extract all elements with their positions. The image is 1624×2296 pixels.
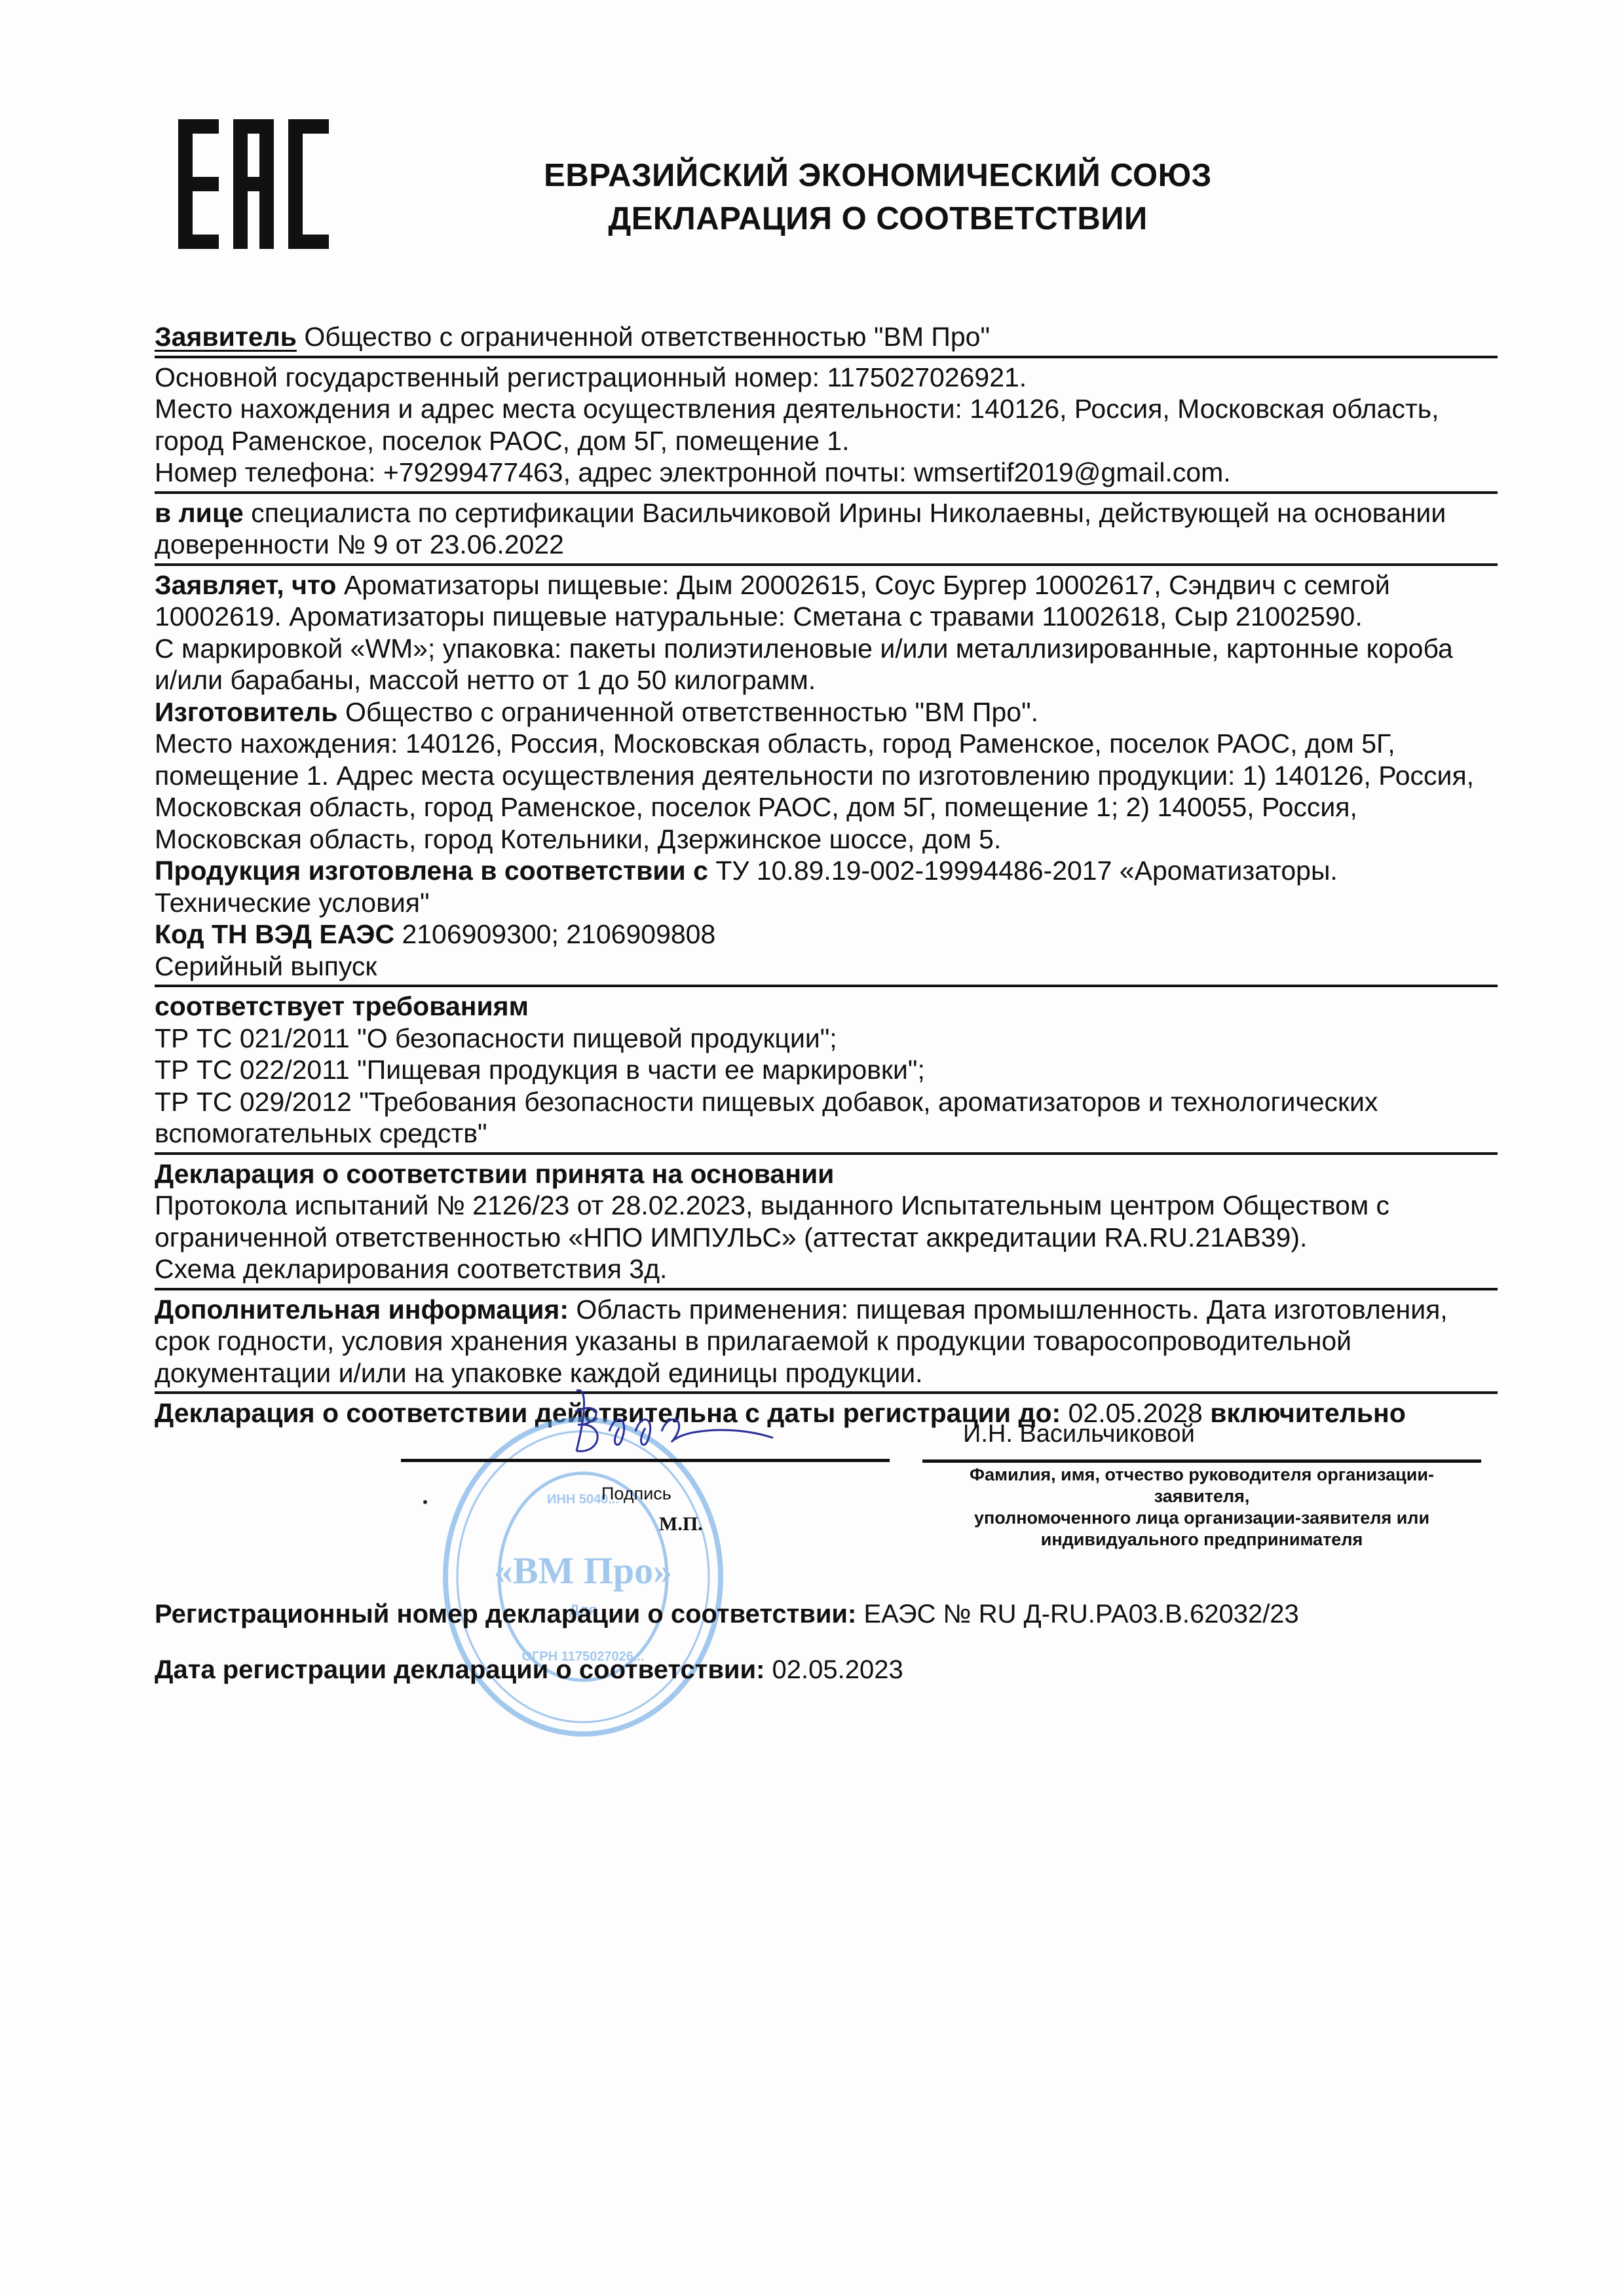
registration-date-label: Дата регистрации декларации о соответств… [155, 1655, 765, 1684]
signatory-caption: Фамилия, имя, отчество руководителя орга… [922, 1464, 1481, 1551]
manufacturer-address-1: Место нахождения: 140126, Россия, Москов… [155, 728, 1498, 760]
applicant-label: Заявитель [155, 322, 297, 352]
document-header: ЕВРАЗИЙСКИЙ ЭКОНОМИЧЕСКИЙ СОЮЗ ДЕКЛАРАЦИ… [518, 154, 1238, 240]
registration-number-label: Регистрационный номер декларации о соотв… [155, 1600, 856, 1628]
signature-caption: Подпись [601, 1484, 671, 1504]
basis-section: Декларация о соответствии принята на осн… [155, 1158, 1498, 1290]
applicant-contacts: Номер телефона: +79299477463, адрес элек… [155, 457, 1498, 489]
declares-text-2: 10002619. Ароматизаторы пищевые натураль… [155, 601, 1498, 633]
represented-by-label: в лице [155, 498, 244, 528]
scan-speck [423, 1500, 427, 1504]
power-of-attorney: доверенности № 9 от 23.06.2022 [155, 529, 1498, 561]
caption-line-1: Фамилия, имя, отчество руководителя орга… [922, 1464, 1481, 1507]
produced-per-label: Продукция изготовлена в соответствии с [155, 856, 708, 886]
requirement-item: ТР ТС 029/2012 "Требования безопасности … [155, 1086, 1498, 1118]
basis-scheme: Схема декларирования соответствия 3д. [155, 1253, 1498, 1285]
requirement-item: ТР ТС 021/2011 "О безопасности пищевой п… [155, 1023, 1498, 1055]
declaration-page: ЕВРАЗИЙСКИЙ ЭКОНОМИЧЕСКИЙ СОЮЗ ДЕКЛАРАЦИ… [0, 0, 1624, 2296]
represented-by-section: в лице специалиста по сертификации Васил… [155, 497, 1498, 566]
declaration-body: Заявитель Общество с ограниченной ответс… [155, 321, 1498, 1429]
manufacturer-address-2: помещение 1. Адрес места осуществления д… [155, 760, 1498, 792]
registration-number-value: ЕАЭС № RU Д-RU.РА03.В.62032/23 [856, 1600, 1298, 1628]
represented-by-text: специалиста по сертификации Васильчиково… [244, 498, 1446, 528]
manufacturer-label: Изготовитель [155, 697, 338, 727]
declares-text-4: и/или барабаны, массой нетто от 1 до 50 … [155, 664, 1498, 696]
declares-text-3: С маркировкой «WM»; упаковка: пакеты пол… [155, 633, 1498, 665]
declares-section: Заявляет, что Ароматизаторы пищевые: Дым… [155, 569, 1498, 696]
tnved-value: 2106909300; 2106909808 [394, 919, 715, 949]
declares-text-1: Ароматизаторы пищевые: Дым 20002615, Соу… [336, 570, 1389, 600]
requirement-item: вспомогательных средств" [155, 1118, 1498, 1150]
series-text: Серийный выпуск [155, 950, 1498, 983]
declares-label: Заявляет, что [155, 570, 336, 600]
tnved-row: Код ТН ВЭД ЕАЭС 2106909300; 2106909808 [155, 918, 1498, 950]
validity-row: Декларация о соответствии действительна … [155, 1397, 1498, 1429]
additional-info-text-2: срок годности, условия хранения указаны … [155, 1325, 1498, 1357]
additional-info-text-1: Область применения: пищевая промышленнос… [569, 1294, 1448, 1325]
svg-text:«ВМ Про»: «ВМ Про» [494, 1549, 672, 1592]
basis-protocol-2: ограниченной ответственностью «НПО ИМПУЛ… [155, 1222, 1498, 1254]
signatory-name: И.Н. Васильчиковой [963, 1420, 1195, 1448]
produced-per-standard: ТУ 10.89.19-002-19994486-2017 «Ароматиза… [708, 856, 1338, 886]
manufacturer-name: Общество с ограниченной ответственностью… [338, 697, 1038, 727]
applicant-address-2: город Раменское, поселок РАОС, дом 5Г, п… [155, 425, 1498, 457]
name-line [922, 1459, 1481, 1463]
series-row: Серийный выпуск [155, 950, 1498, 988]
declaration-title: ДЕКЛАРАЦИЯ О СООТВЕТСТВИИ [518, 197, 1238, 240]
manufacturer-section: Изготовитель Общество с ограниченной отв… [155, 696, 1498, 856]
signature-line [401, 1459, 890, 1462]
applicant-details: Основной государственный регистрационный… [155, 362, 1498, 494]
applicant-ogrn: Основной государственный регистрационный… [155, 362, 1498, 394]
caption-line-3: индивидуального предпринимателя [922, 1529, 1481, 1551]
applicant-section: Заявитель Общество с ограниченной ответс… [155, 321, 1498, 358]
tnved-label: Код ТН ВЭД ЕАЭС [155, 919, 394, 949]
registration-number-row: Регистрационный номер декларации о соотв… [155, 1600, 1299, 1629]
requirement-item: ТР ТС 022/2011 "Пищевая продукция в част… [155, 1054, 1498, 1086]
validity-suffix: включительно [1203, 1398, 1406, 1428]
caption-line-2: уполномоченного лица организации-заявите… [922, 1507, 1481, 1529]
manufacturer-address-4: Московская область, город Котельники, Дз… [155, 823, 1498, 856]
basis-protocol-1: Протокола испытаний № 2126/23 от 28.02.2… [155, 1190, 1498, 1222]
basis-label: Декларация о соответствии принята на осн… [155, 1158, 1498, 1190]
additional-info-label: Дополнительная информация: [155, 1294, 569, 1325]
manufacturer-address-3: Московская область, город Раменское, пос… [155, 791, 1498, 823]
applicant-address-1: Место нахождения и адрес места осуществл… [155, 393, 1498, 425]
seal-place-caption: М.П. [659, 1513, 703, 1535]
additional-info-text-3: документации и/или на упаковке каждой ед… [155, 1357, 1498, 1389]
union-title: ЕВРАЗИЙСКИЙ ЭКОНОМИЧЕСКИЙ СОЮЗ [518, 154, 1238, 197]
produced-per-section: Продукция изготовлена в соответствии с Т… [155, 855, 1498, 918]
applicant-name: Общество с ограниченной ответственностью… [297, 322, 990, 352]
registration-date-row: Дата регистрации декларации о соответств… [155, 1655, 903, 1685]
produced-per-standard-2: Технические условия" [155, 887, 1498, 919]
additional-info-section: Дополнительная информация: Область приме… [155, 1294, 1498, 1395]
requirements-label: соответствует требованиям [155, 990, 1498, 1023]
handwritten-signature [557, 1385, 799, 1461]
requirements-section: соответствует требованиям ТР ТС 021/2011… [155, 990, 1498, 1155]
eac-mark-icon [178, 119, 329, 249]
registration-date-value: 02.05.2023 [765, 1655, 903, 1684]
